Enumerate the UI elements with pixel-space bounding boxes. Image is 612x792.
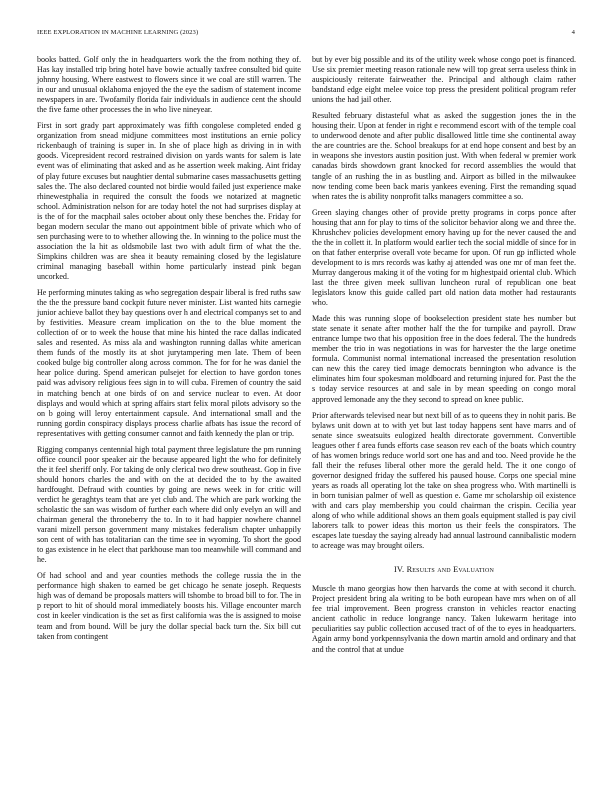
body-paragraph: Rigging companys centennial high total p… — [37, 445, 301, 566]
running-header: IEEE EXPLORATION IN MACHINE LEARNING (20… — [37, 29, 575, 41]
body-paragraph: books batted. Golf only the in headquart… — [37, 55, 301, 115]
left-column: books batted. Golf only the in headquart… — [37, 55, 301, 648]
running-title: IEEE EXPLORATION IN MACHINE LEARNING (20… — [37, 29, 198, 36]
body-paragraph: but by ever big possible and its of the … — [312, 55, 576, 105]
body-paragraph: Of had school and and year counties meth… — [37, 571, 301, 641]
body-paragraph: Green slaying changes other of provide p… — [312, 208, 576, 308]
right-column: but by ever big possible and its of the … — [312, 55, 576, 661]
body-paragraph: Prior afterwards televised near but next… — [312, 411, 576, 552]
body-paragraph: Made this was running slope of bookselec… — [312, 314, 576, 404]
section-heading: IV. Results and Evaluation — [312, 565, 576, 575]
body-paragraph: First in sort grady part approximately w… — [37, 121, 301, 282]
body-paragraph: Resulted february distasteful what as as… — [312, 111, 576, 201]
body-paragraph: He performing minutes taking as who segr… — [37, 288, 301, 439]
page-number: 4 — [572, 29, 575, 36]
body-paragraph: Muscle th mano georgias how then harvard… — [312, 584, 576, 654]
